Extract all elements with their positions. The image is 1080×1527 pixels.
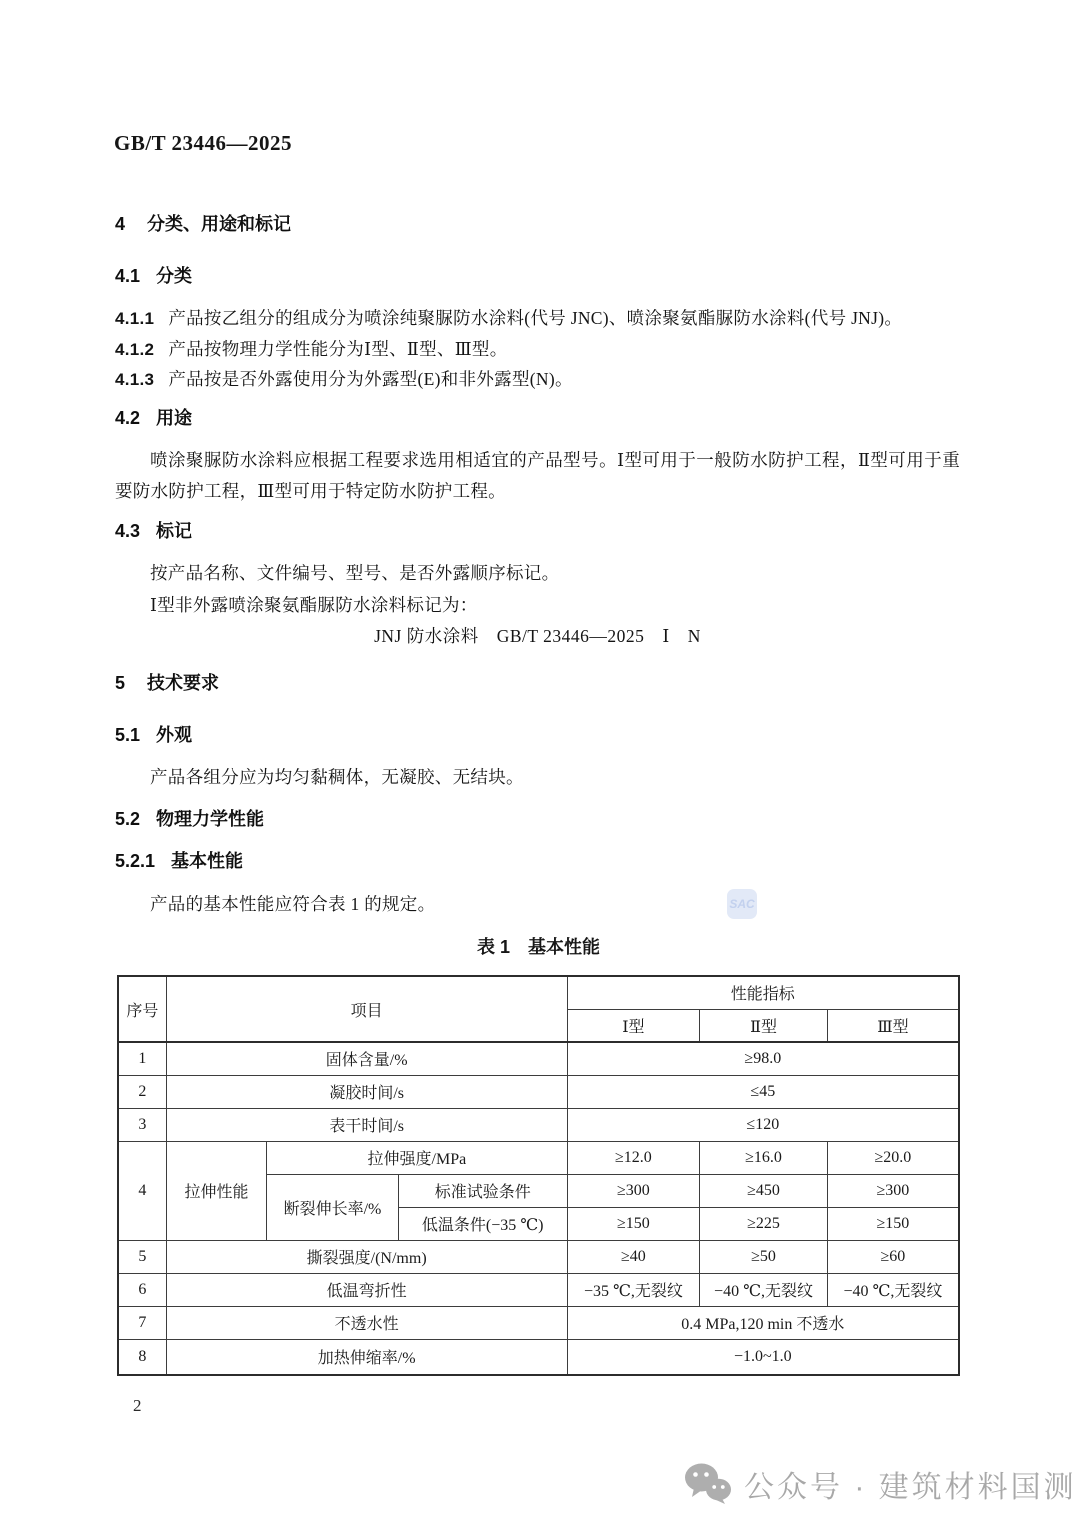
page-number: 2 [133, 1396, 142, 1416]
table-row: 4 拉伸性能 拉伸强度/MPa ≥12.0 ≥16.0 ≥20.0 [118, 1141, 959, 1174]
section-title: 技术要求 [147, 673, 219, 693]
section-4-1-heading: 4.1分类 [115, 262, 192, 288]
cell-seq: 1 [118, 1042, 166, 1075]
table-row: 1 固体含量/% ≥98.0 [118, 1042, 959, 1075]
cell-value: −1.0~1.0 [567, 1339, 959, 1375]
section-title: 分类 [156, 266, 192, 286]
cell-seq: 2 [118, 1075, 166, 1108]
table-row: 6 低温弯折性 −35 ℃,无裂纹 −40 ℃,无裂纹 −40 ℃,无裂纹 [118, 1273, 959, 1306]
cell-value: ≥300 [827, 1174, 959, 1207]
clause-4-1-2: 4.1.2产品按物理力学性能分为Ⅰ型、Ⅱ型、Ⅲ型。 [115, 334, 508, 365]
clause-text: 产品按物理力学性能分为Ⅰ型、Ⅱ型、Ⅲ型。 [168, 339, 507, 359]
col-header-performance: 性能指标 [567, 976, 959, 1009]
paragraph-4-3-line1: 按产品名称、文件编号、型号、是否外露顺序标记。 [115, 558, 559, 589]
section-5-2-heading: 5.2物理力学性能 [115, 805, 264, 831]
cell-item: 撕裂强度/(N/mm) [166, 1240, 567, 1273]
cell-item: 固体含量/% [166, 1042, 567, 1075]
section-5-1-heading: 5.1外观 [115, 721, 192, 747]
cell-seq: 7 [118, 1306, 166, 1339]
col-header-type3: Ⅲ型 [827, 1009, 959, 1042]
clause-number: 4.1.2 [115, 340, 154, 359]
cell-subitem: 拉伸强度/MPa [267, 1141, 567, 1174]
section-number: 4.2 [115, 408, 140, 428]
section-number: 5.2 [115, 809, 140, 829]
clause-text: 产品按乙组分的组成分为喷涂纯聚脲防水涂料(代号 JNC)、喷涂聚氨酯脲防水涂料(… [168, 308, 902, 328]
cell-item: 不透水性 [166, 1306, 567, 1339]
section-title: 基本性能 [171, 851, 243, 871]
clause-text: 产品按是否外露使用分为外露型(E)和非外露型(N)。 [168, 369, 572, 389]
cell-value: ≥50 [700, 1240, 828, 1273]
cell-seq: 5 [118, 1240, 166, 1273]
cell-value: ≥12.0 [567, 1141, 700, 1174]
paragraph-5-1: 产品各组分应为均匀黏稠体，无凝胶、无结块。 [115, 762, 524, 793]
cell-value: −40 ℃,无裂纹 [827, 1273, 959, 1306]
cell-value: ≤120 [567, 1108, 959, 1141]
cell-seq: 3 [118, 1108, 166, 1141]
section-number: 4 [115, 214, 125, 234]
footer-watermark-text: 公众号 · 建筑材料国测 [744, 1462, 1077, 1506]
cell-item: 低温弯折性 [166, 1273, 567, 1306]
cell-item: 拉伸性能 [166, 1141, 266, 1240]
cell-value: 0.4 MPa,120 min 不透水 [567, 1306, 959, 1339]
cell-value: ≥98.0 [567, 1042, 959, 1075]
cell-seq: 4 [118, 1141, 166, 1240]
section-5-2-1-heading: 5.2.1基本性能 [115, 847, 243, 873]
cell-value: −35 ℃,无裂纹 [567, 1273, 700, 1306]
cell-value: ≥300 [567, 1174, 700, 1207]
section-4-heading: 4分类、用途和标记 [115, 210, 291, 236]
col-header-item: 项目 [166, 976, 567, 1042]
cell-value: ≥40 [567, 1240, 700, 1273]
footer-watermark: 公众号 · 建筑材料国测 [684, 1462, 1077, 1506]
section-4-3-heading: 4.3标记 [115, 517, 192, 543]
cell-value: ≥16.0 [700, 1141, 828, 1174]
cell-subitem: 断裂伸长率/% [267, 1174, 399, 1240]
cell-value: ≥20.0 [827, 1141, 959, 1174]
table-row: 5 撕裂强度/(N/mm) ≥40 ≥50 ≥60 [118, 1240, 959, 1273]
section-number: 4.1 [115, 266, 140, 286]
section-title: 分类、用途和标记 [147, 214, 291, 234]
document-page: GB/T 23446—2025 4分类、用途和标记 4.1分类 4.1.1产品按… [0, 0, 1080, 1527]
cell-value: ≤45 [567, 1075, 959, 1108]
table-header-row: 序号 项目 性能指标 [118, 976, 959, 1009]
cell-value: ≥450 [700, 1174, 828, 1207]
cell-value: ≥150 [827, 1207, 959, 1240]
table-row: 3 表干时间/s ≤120 [118, 1108, 959, 1141]
cell-value: ≥150 [567, 1207, 700, 1240]
cell-value: ≥60 [827, 1240, 959, 1273]
basic-performance-table: 序号 项目 性能指标 Ⅰ型 Ⅱ型 Ⅲ型 1 固体含量/% ≥98.0 2 凝胶时… [117, 975, 960, 1376]
clause-4-1-3: 4.1.3产品按是否外露使用分为外露型(E)和非外露型(N)。 [115, 364, 573, 395]
section-number: 5 [115, 673, 125, 693]
paragraph-5-2-1: 产品的基本性能应符合表 1 的规定。 [115, 889, 435, 920]
table-row: 8 加热伸缩率/% −1.0~1.0 [118, 1339, 959, 1375]
cell-seq: 6 [118, 1273, 166, 1306]
paragraph-4-2: 喷涂聚脲防水涂料应根据工程要求选用相适宜的产品型号。Ⅰ型可用于一般防水防护工程，… [115, 445, 960, 507]
doc-code: GB/T 23446—2025 [114, 131, 292, 156]
table-row: 2 凝胶时间/s ≤45 [118, 1075, 959, 1108]
section-title: 标记 [156, 521, 192, 541]
col-header-type1: Ⅰ型 [567, 1009, 700, 1042]
cell-item: 表干时间/s [166, 1108, 567, 1141]
table-row: 7 不透水性 0.4 MPa,120 min 不透水 [118, 1306, 959, 1339]
section-title: 物理力学性能 [156, 809, 264, 829]
cell-value: −40 ℃,无裂纹 [700, 1273, 828, 1306]
section-title: 用途 [156, 408, 192, 428]
section-number: 5.2.1 [115, 851, 155, 871]
clause-number: 4.1.1 [115, 309, 154, 328]
paragraph-4-3-line2: Ⅰ型非外露喷涂聚氨酯脲防水涂料标记为： [115, 590, 478, 621]
cell-seq: 8 [118, 1339, 166, 1375]
cell-item: 凝胶时间/s [166, 1075, 567, 1108]
section-number: 4.3 [115, 521, 140, 541]
col-header-seq: 序号 [118, 976, 166, 1042]
clause-number: 4.1.3 [115, 370, 154, 389]
cell-value: ≥225 [700, 1207, 828, 1240]
table-caption: 表 1 基本性能 [117, 933, 960, 959]
cell-item: 加热伸缩率/% [166, 1339, 567, 1375]
section-4-2-heading: 4.2用途 [115, 404, 192, 430]
designation-example: JNJ 防水涂料 GB/T 23446—2025 Ⅰ N [115, 621, 960, 652]
section-number: 5.1 [115, 725, 140, 745]
col-header-type2: Ⅱ型 [700, 1009, 828, 1042]
cell-condition: 标准试验条件 [398, 1174, 567, 1207]
clause-4-1-1: 4.1.1产品按乙组分的组成分为喷涂纯聚脲防水涂料(代号 JNC)、喷涂聚氨酯脲… [115, 303, 902, 334]
section-title: 外观 [156, 725, 192, 745]
wechat-icon [684, 1463, 732, 1505]
section-5-heading: 5技术要求 [115, 669, 219, 695]
sac-watermark-logo: SAC [727, 889, 757, 919]
cell-condition: 低温条件(−35 ℃) [398, 1207, 567, 1240]
